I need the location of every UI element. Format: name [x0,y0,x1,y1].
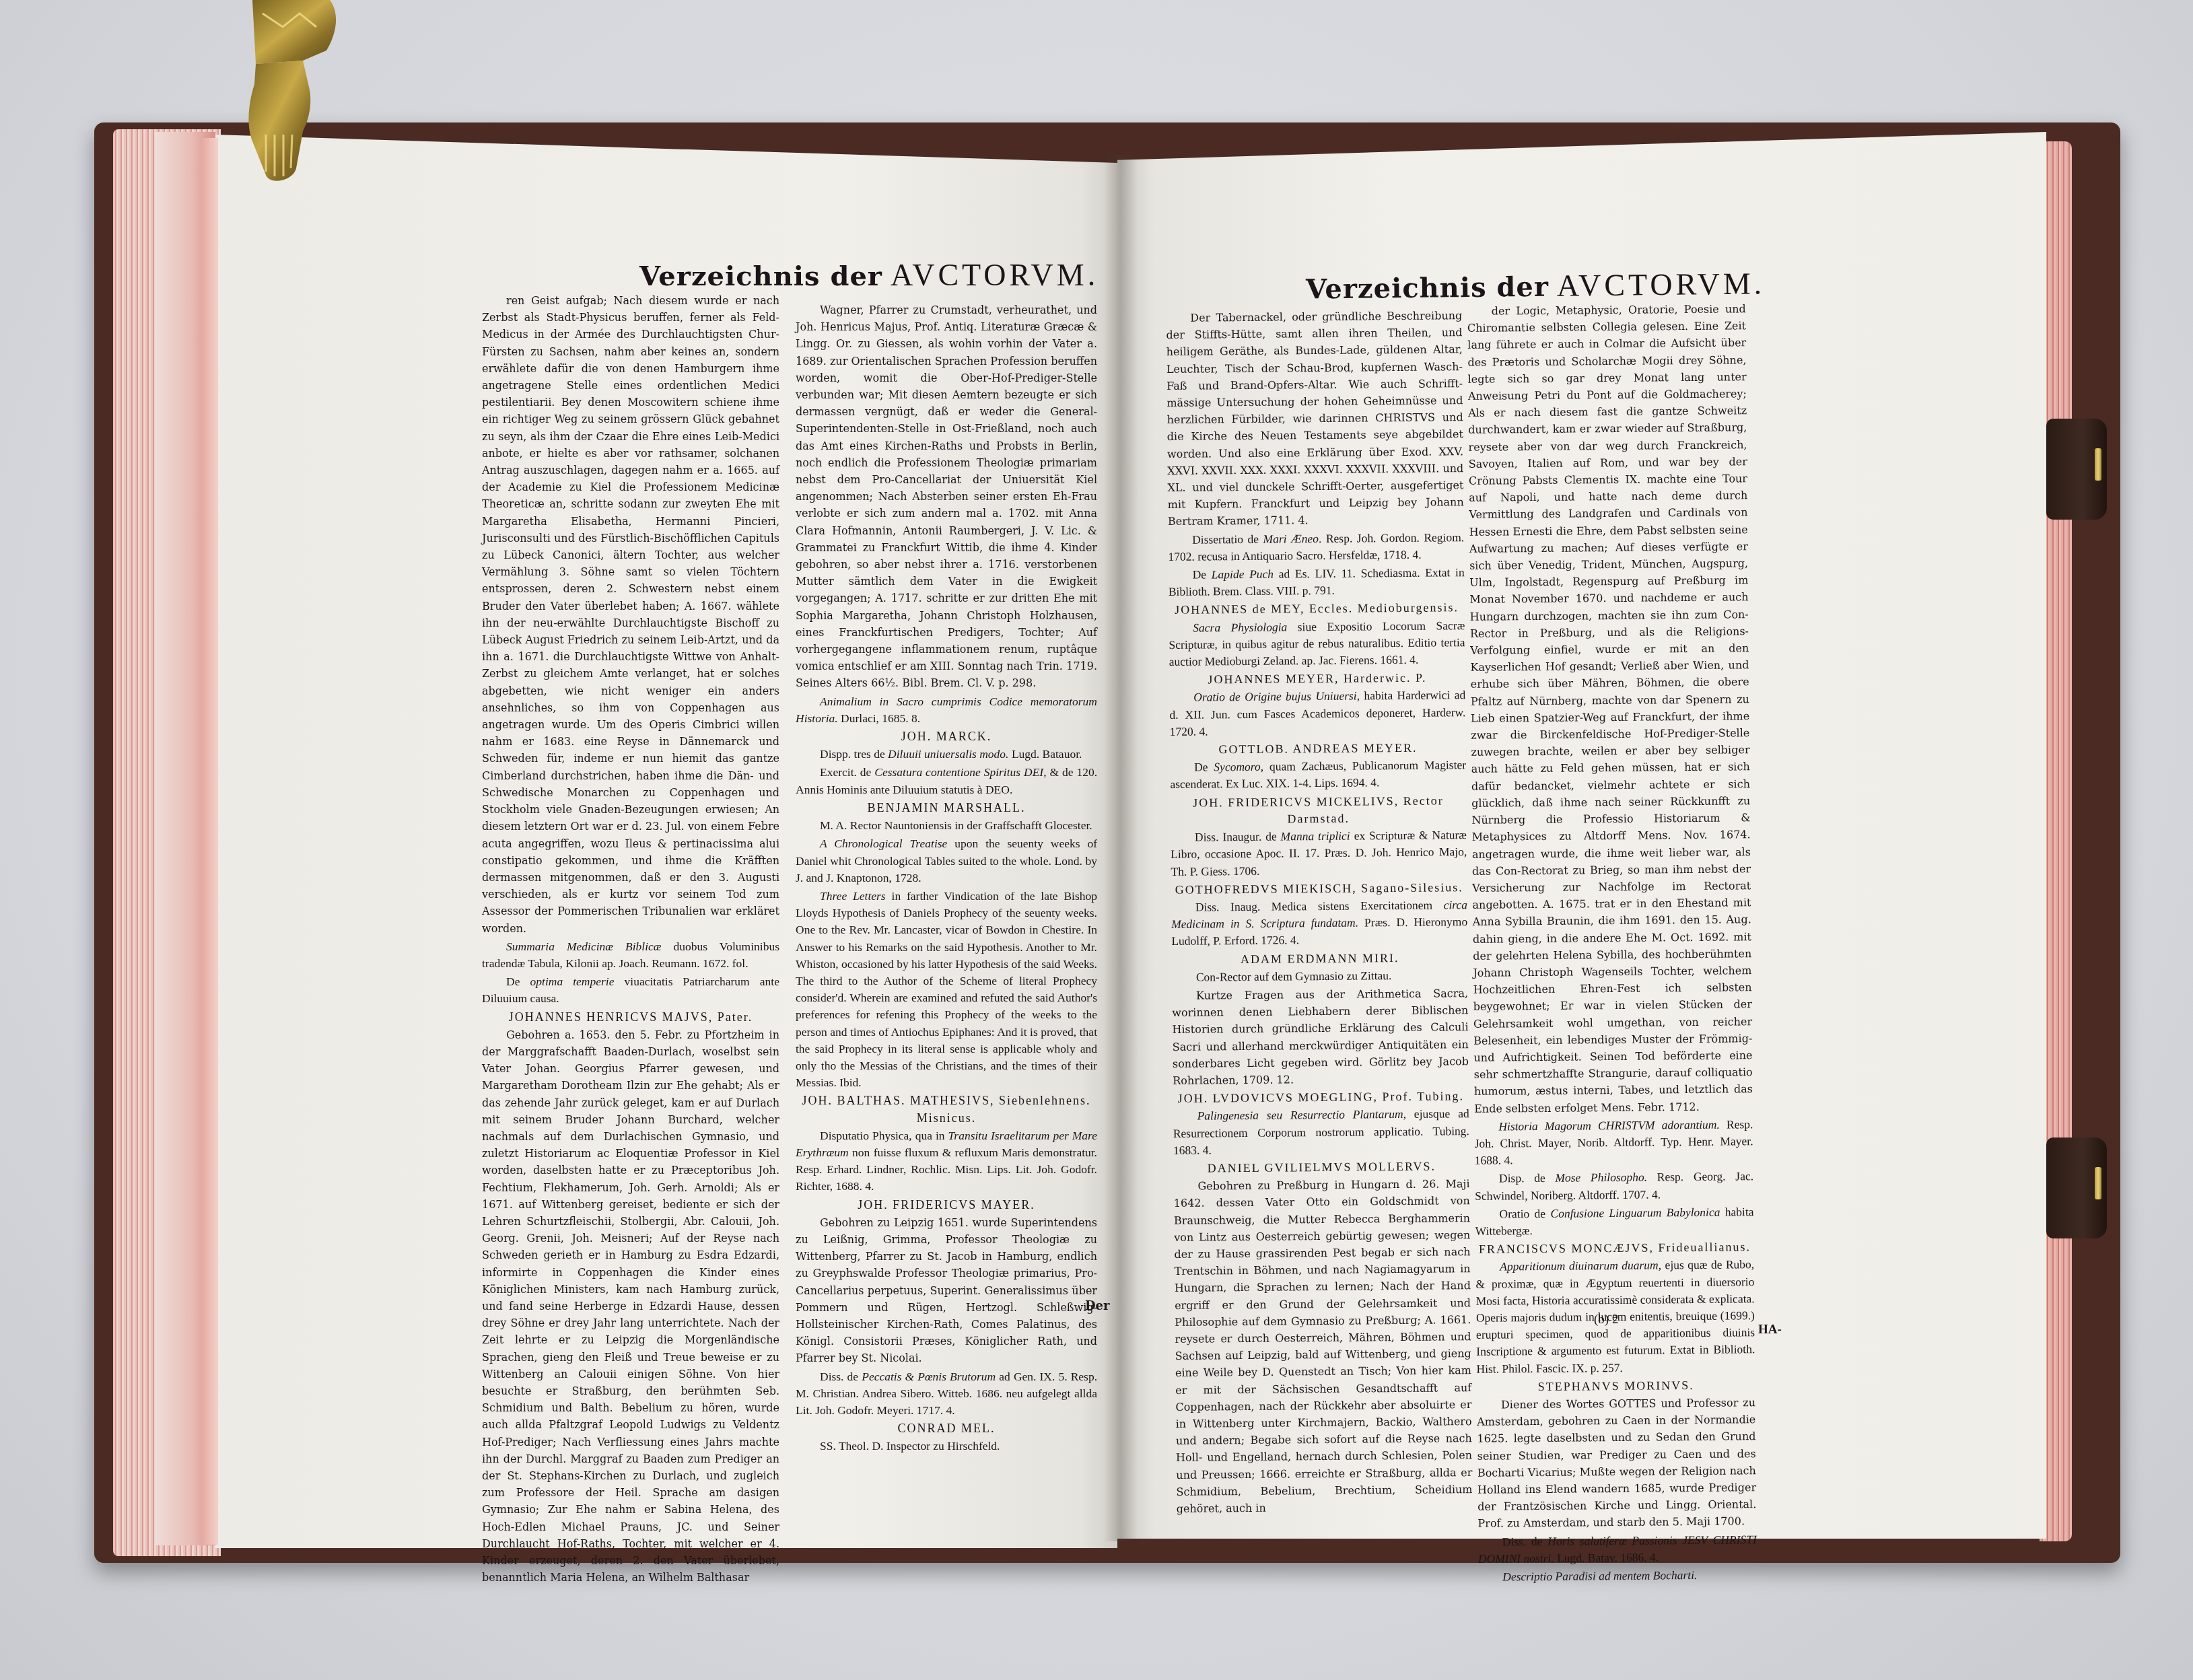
biography-text: ren Geist aufgab; Nach diesem wurde er n… [482,292,779,937]
italic-title: Historia Magorum CHRISTVM adorantium. [1498,1117,1720,1133]
work-entry: Oratio de Confusione Linguarum Babylonic… [1475,1203,1753,1240]
signature-mark: (b) 2 [1594,1312,1618,1327]
italic-title: Mari Æneo [1263,532,1319,546]
right-page-column-1: Der Tabernackel, oder gründliche Beschre… [1166,307,1473,1518]
work-entry: Diss. Inaug. Medica sistens Exercitation… [1171,897,1468,950]
italic-title: A Chronological Treatise [820,837,947,850]
left-page-column-2: Wagner, Pfarrer zu Crumstadt, verheurath… [796,302,1097,1457]
book-clasp-bottom [2046,1137,2107,1238]
biography-text: M. A. Rector Nauntoniensis in der Graffs… [796,817,1097,834]
author-heading: GOTHOFREDVS MIEKISCH, Sagano-Silesius. [1171,879,1467,899]
clasp-pin-icon [2095,448,2101,481]
author-heading: JOH. FRIDERICVS MAYER. [796,1197,1097,1214]
running-head-latin: AVCTORVM. [891,258,1099,292]
work-entry: Dissertatio de Mari Æneo. Resp. Joh. Gor… [1168,529,1464,565]
work-entry: Disputatio Physica, qua in Transitu Isra… [796,1127,1097,1195]
author-heading: CONRAD MEL. [796,1420,1097,1437]
italic-title: circa Medicinam in S. Scriptura fundatam… [1171,898,1467,931]
biography-text: Gebohren zu Leipzig 1651. wurde Superint… [796,1214,1097,1367]
author-heading: JOH. FRIDERICVS MICKELIVS, Rector Darmst… [1170,792,1466,829]
italic-title: Animalium in Sacro cumprimis Codice memo… [796,695,1097,725]
biography-text: SS. Theol. D. Inspector zu Hirschfeld. [796,1438,1097,1455]
left-running-head: Verzeichnis der AVCTORVM. [639,257,1099,293]
running-head-fraktur: Verzeichnis der [639,260,882,292]
italic-title: Horis salutiferæ Passionis JESV CHRISTI … [1478,1533,1757,1566]
work-entry: Diss. Inaugur. de Manna triplici ex Scri… [1171,827,1467,880]
work-entry: Exercit. de Cessatura contentione Spirit… [796,764,1097,798]
biography-text: Gebohren a. 1653. den 5. Febr. zu Pfortz… [482,1026,779,1586]
italic-title: Palingenesia seu Resurrectio Plantarum [1197,1107,1403,1123]
work-entry: Kurtze Fragen aus der Arithmetica Sacra,… [1172,985,1469,1089]
italic-title: Transitu Israelitarum per Mare Erythræum [796,1129,1097,1159]
italic-title: Three Letters [820,889,886,903]
work-entry: A Chronological Treatise upon the seuent… [796,835,1097,886]
italic-title: Manna triplici [1280,829,1350,843]
italic-title: Summaria Medicinæ Biblicæ [506,940,662,953]
italic-title: Sycomoro [1214,760,1261,774]
work-entry: Dispp. tres de Diluuii uniuersalis modo.… [796,746,1097,763]
author-heading: FRANCISCVS MONCÆJVS, Frideuallianus. [1475,1238,1754,1258]
author-heading: JOHANNES de MEY, Eccles. Medioburgensis. [1169,600,1465,619]
work-entry: Historia Magorum CHRISTVM adorantium. Re… [1474,1116,1753,1169]
author-heading: JOHANNES HENRICVS MAJVS, Pater. [482,1009,779,1026]
work-entry: Descriptio Paradisi ad mentem Bocharti. [1478,1566,1757,1586]
author-heading: JOH. MARCK. [796,728,1097,745]
work-entry: Animalium in Sacro cumprimis Codice memo… [796,693,1097,727]
work-entry: Oratio de Origine bujus Uniuersi, habita… [1169,687,1466,740]
italic-title: Sacra Physiologia [1193,620,1287,634]
book-clasp-top [2046,419,2107,520]
right-running-head: Verzeichnis der AVCTORVM. [1306,265,1766,306]
clasp-pin-icon [2095,1167,2101,1199]
italic-title: Confusione Linguarum Babylonica [1550,1205,1720,1220]
author-heading: JOH. BALTHAS. MATHESIVS, Siebenlehnens. … [796,1092,1097,1126]
work-entry: De optima temperie viuacitatis Patriarch… [482,973,779,1007]
author-heading: DANIEL GVILIELMVS MOLLERVS. [1173,1158,1469,1177]
work-entry: Summaria Medicinæ Biblicæ duobus Volumin… [482,938,779,972]
book-gutter [1104,155,1138,1541]
author-heading: ADAM ERDMANN MIRI. [1171,949,1467,969]
right-catchword: HA- [1758,1323,1782,1337]
italic-title: Diluuii uniuersalis modo. [888,747,1008,761]
work-entry: De Sycomoro, quam Zachæus, Publicanorum … [1170,757,1466,793]
author-heading: BENJAMIN MARSHALL. [796,800,1097,816]
work-entry: Disp. de Mose Philosopho. Resp. Georg. J… [1475,1168,1753,1205]
left-page-red-sprinkle [202,138,218,1545]
work-entry: Der Tabernackel, oder gründliche Beschre… [1166,307,1464,530]
work-entry: Three Letters in farther Vindication of … [796,888,1097,1091]
work-entry: Diss. de Peccatis & Pœnis Brutorum ad Ge… [796,1368,1097,1420]
author-heading: JOH. LVDOVICVS MOEGLING, Prof. Tubing. [1173,1088,1469,1107]
right-page-column-2: der Logic, Metaphysic, Oratorie, Poesie … [1467,300,1757,1587]
italic-title: Lapide Puch [1212,567,1274,582]
italic-title: Apparitionum diuinarum duarum [1500,1259,1659,1273]
biography-text: Gebohren zu Preßburg in Hungarn d. 26. M… [1173,1175,1472,1517]
italic-title: Cessatura contentione Spiritus DEI [874,765,1043,779]
biography-text: der Logic, Metaphysic, Oratorie, Poesie … [1467,300,1753,1117]
work-entry: De Lapide Puch ad Es. LIV. 11. Schediasm… [1169,564,1465,600]
left-catchword: Der [1085,1299,1110,1313]
work-entry: Sacra Physiologia siue Expositio Locorum… [1169,617,1465,670]
work-entry: Palingenesia seu Resurrectio Plantarum, … [1173,1105,1470,1158]
author-heading: GOTTLOB. ANDREAS MEYER. [1170,739,1466,759]
italic-title: Oratio de Origine bujus Uniuersi [1193,689,1357,704]
biography-text: Con-Rector auf dem Gymnasio zu Zittau. [1172,967,1468,986]
work-entry: Diss. de Horis salutiferæ Passionis JESV… [1478,1531,1757,1568]
biography-text: Diener des Wortes GOTTES und Professor z… [1477,1394,1757,1532]
author-heading: JOHANNES MEYER, Harderwic. P. [1169,669,1465,689]
italic-title: Descriptio Paradisi ad mentem Bocharti. [1502,1568,1697,1584]
biography-text: Wagner, Pfarrer zu Crumstadt, verheurath… [796,302,1097,692]
italic-title: optima temperie [530,975,615,988]
author-heading: STEPHANVS MORINVS. [1477,1376,1755,1396]
italic-title: Peccatis & Pœnis Brutorum [862,1370,996,1383]
italic-title: Mose Philosopho. [1555,1170,1647,1185]
running-head-latin: AVCTORVM. [1557,266,1766,302]
brass-hand-bookmark-icon [202,0,343,188]
left-page-column-1: ren Geist aufgab; Nach diesem wurde er n… [482,292,779,1587]
running-head-fraktur: Verzeichnis der [1306,271,1549,306]
